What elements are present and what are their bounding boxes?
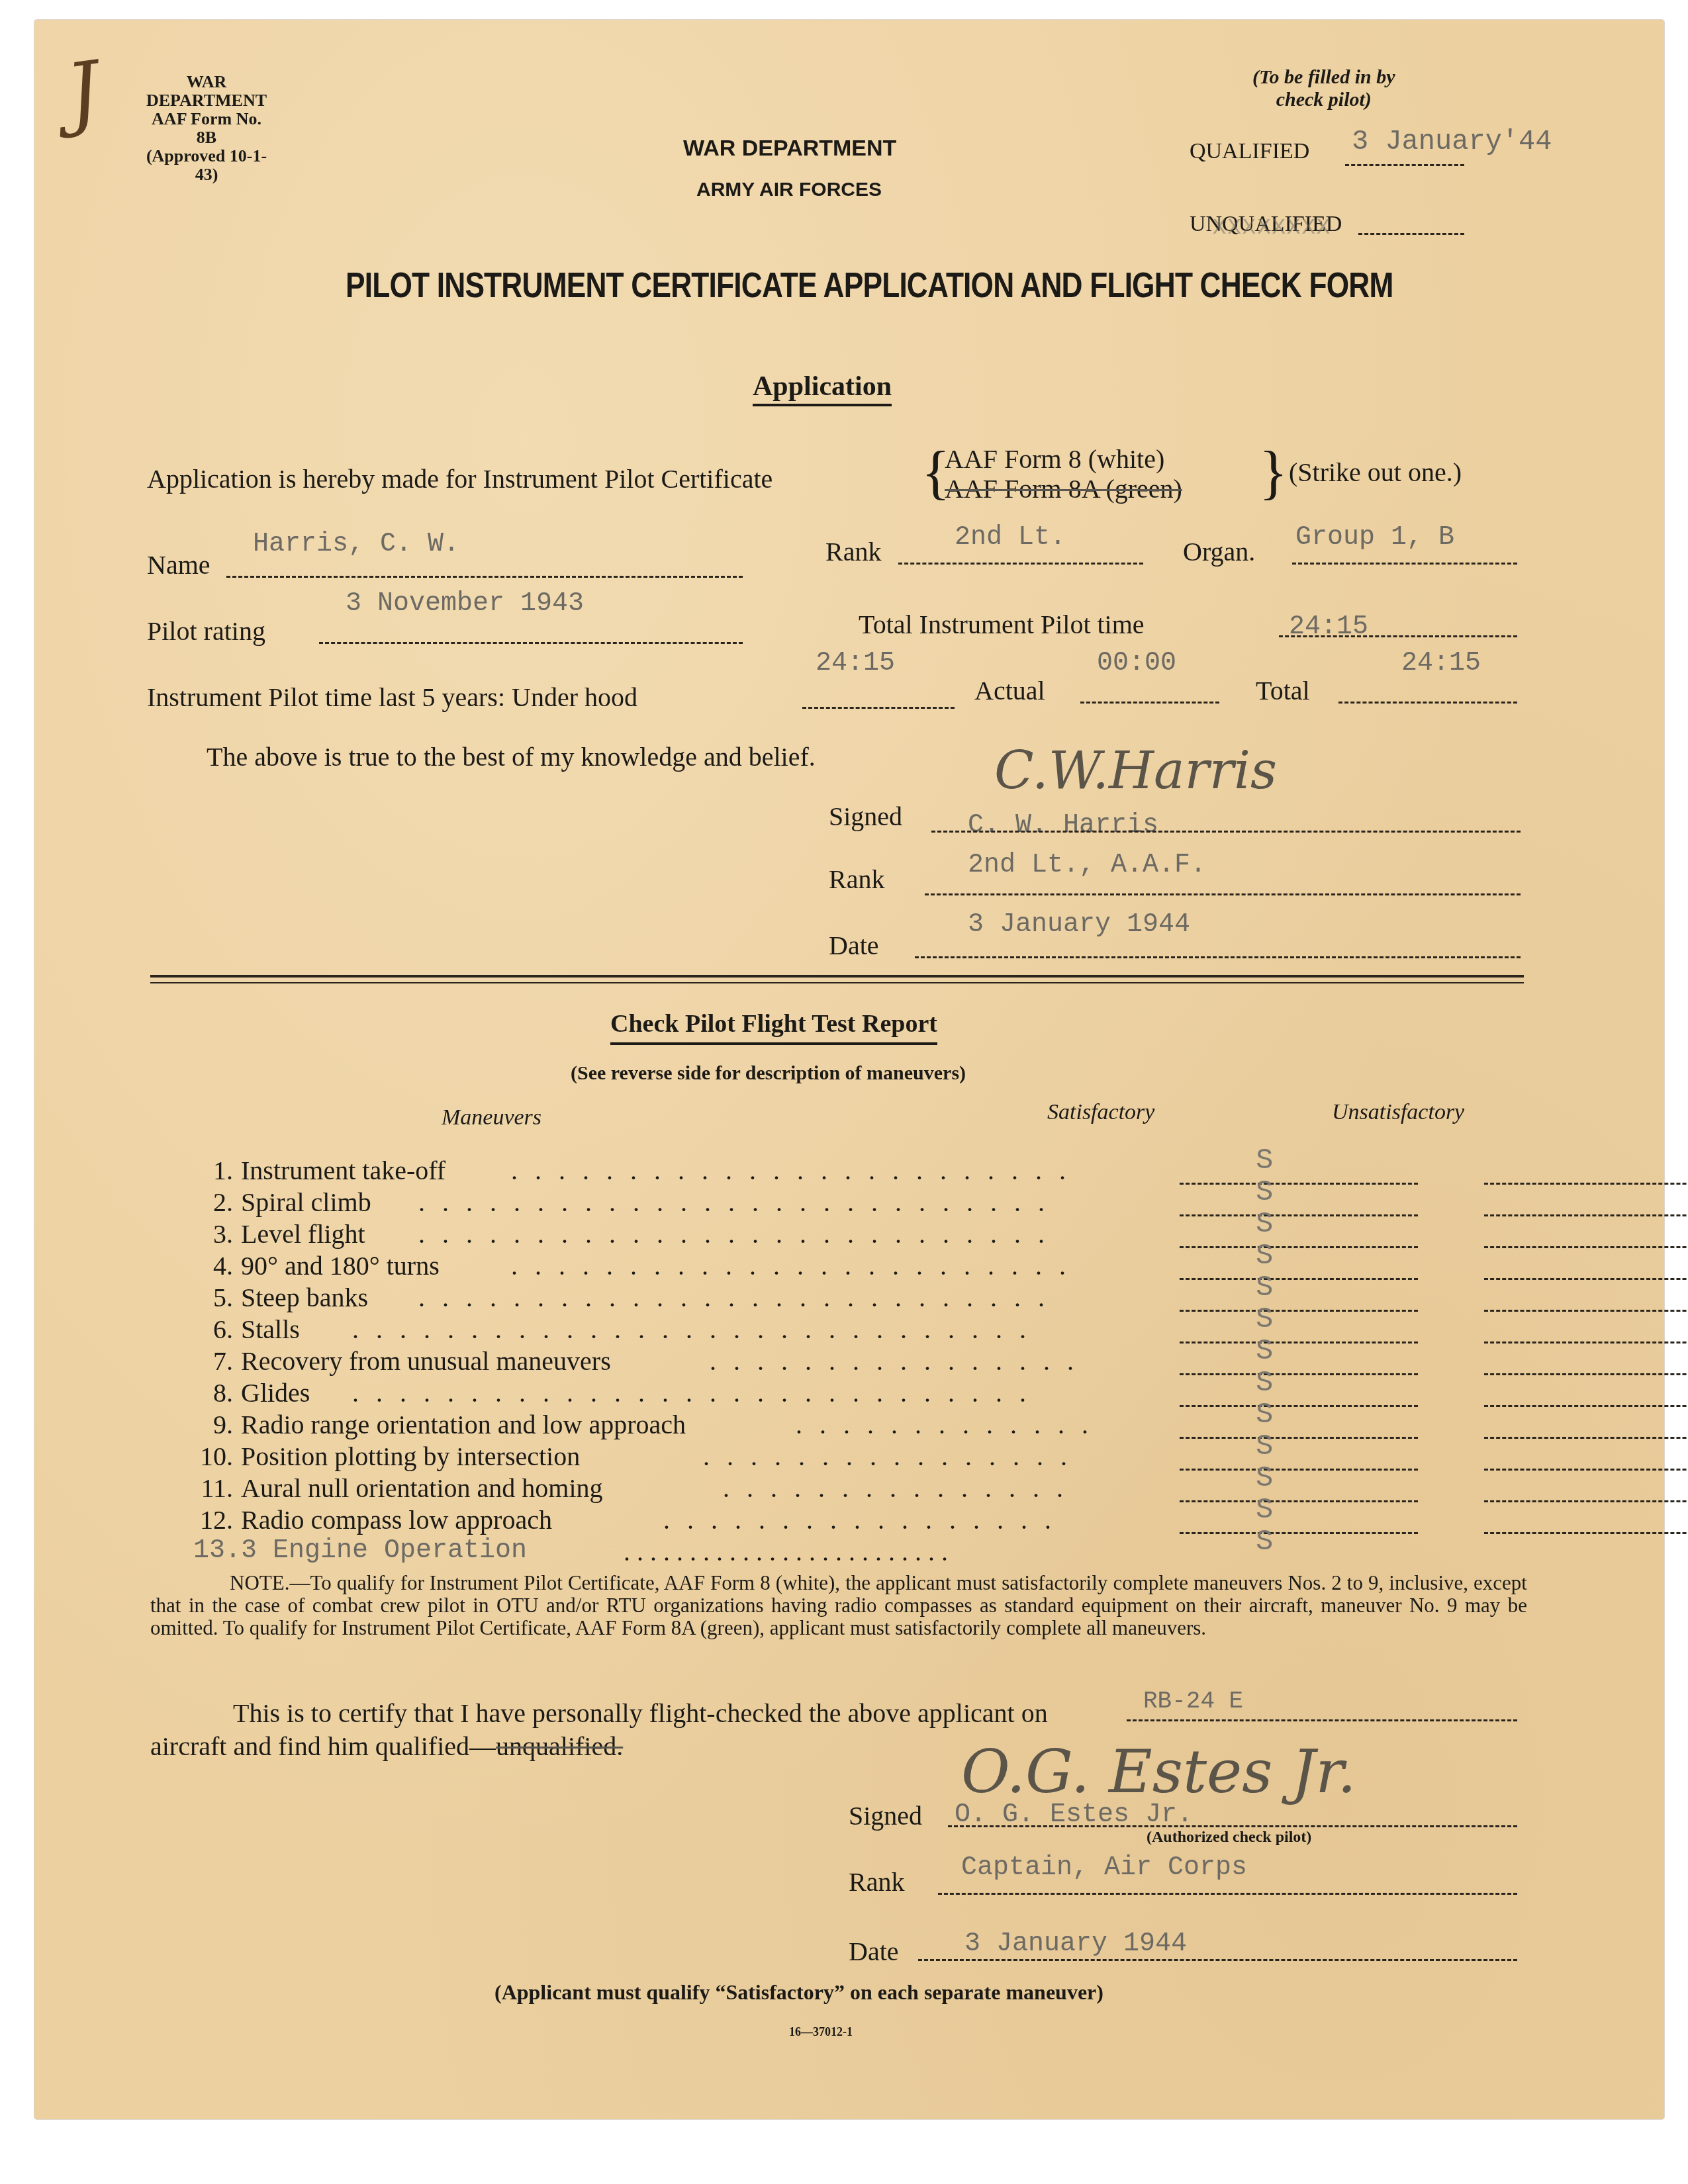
page-title: PILOT INSTRUMENT CERTIFICATE APPLICATION… <box>346 265 1393 306</box>
application-intro: Application is hereby made for Instrumen… <box>147 463 773 494</box>
satisfactory-mark[interactable]: S <box>1256 1462 1273 1495</box>
cert-rank-label: Rank <box>849 1866 904 1897</box>
aircraft-value[interactable]: RB-24 E <box>1143 1688 1243 1715</box>
form-id-block: WAR DEPARTMENT AAF Form No. 8B (Approved… <box>140 73 273 184</box>
signed-line <box>931 831 1521 833</box>
unsatisfactory-line[interactable] <box>1484 1342 1688 1343</box>
option-green-struck[interactable]: AAF Form 8A (green) <box>945 473 1182 504</box>
satisfactory-mark[interactable]: S <box>1256 1303 1273 1336</box>
name-value[interactable]: Harris, C. W. <box>253 529 459 559</box>
pilot-rating-value[interactable]: 3 November 1943 <box>346 589 584 619</box>
satisfactory-mark[interactable]: S <box>1256 1176 1273 1209</box>
pilot-rating-label: Pilot rating <box>147 615 265 647</box>
total-line <box>1338 702 1517 704</box>
aircraft-line <box>1127 1719 1517 1721</box>
maneuver-row: 3. Level flight ........................… <box>200 1218 1570 1251</box>
total-instr-line <box>1279 635 1517 637</box>
certify-line1: This is to certify that I have personall… <box>233 1698 1048 1729</box>
certify-line2: aircraft and find him qualified—unqualif… <box>150 1731 623 1762</box>
application-heading: Application <box>753 371 892 406</box>
strike-note: (Strike out one.) <box>1289 457 1462 488</box>
total-value[interactable]: 24:15 <box>1401 649 1481 678</box>
approved-date: (Approved 10-1-43) <box>140 147 273 184</box>
section-divider-top <box>150 975 1524 978</box>
satisfactory-line <box>1180 1214 1418 1216</box>
rank-value[interactable]: 2nd Lt. <box>955 523 1066 553</box>
organ-line <box>1292 563 1517 565</box>
unsatisfactory-line[interactable] <box>1484 1246 1688 1248</box>
corner-initial-mark: J <box>62 44 106 140</box>
unsatisfactory-line[interactable] <box>1484 1373 1688 1375</box>
unsatisfactory-line[interactable] <box>1484 1310 1688 1312</box>
unsatisfactory-line[interactable] <box>1484 1278 1688 1280</box>
satisfactory-line <box>1180 1532 1418 1534</box>
date-value[interactable]: 3 January 1944 <box>968 910 1190 940</box>
date-line <box>915 956 1521 958</box>
section-divider-bottom <box>150 982 1524 983</box>
attestation-text: The above is true to the best of my know… <box>207 741 816 772</box>
satisfactory-line <box>1180 1437 1418 1439</box>
dept-line: WAR DEPARTMENT <box>140 73 273 110</box>
footer-note: (Applicant must qualify “Satisfactory” o… <box>494 1980 1103 2005</box>
brace-right: } <box>1259 443 1288 503</box>
col-satisfactory: Satisfactory <box>1047 1100 1154 1125</box>
form-number: AAF Form No. 8B <box>140 110 273 147</box>
satisfactory-line <box>1180 1342 1418 1343</box>
unsatisfactory-line[interactable] <box>1484 1532 1688 1534</box>
maneuver-row: 4. 90° and 180° turns ..................… <box>200 1250 1570 1283</box>
satisfactory-line <box>1180 1310 1418 1312</box>
signed-label: Signed <box>829 801 902 832</box>
satisfactory-line <box>1180 1469 1418 1471</box>
rank2-label: Rank <box>829 864 884 895</box>
report-subheading: (See reverse side for description of man… <box>571 1062 966 1085</box>
satisfactory-line <box>1180 1278 1418 1280</box>
cert-date-label: Date <box>849 1936 899 1967</box>
form-paper: J WAR DEPARTMENT AAF Form No. 8B (Approv… <box>34 20 1664 2119</box>
cert-rank-value[interactable]: Captain, Air Corps <box>961 1853 1247 1883</box>
cert-signed-label: Signed <box>849 1800 922 1831</box>
authorized-caption: (Authorized check pilot) <box>1147 1829 1311 1846</box>
form-code: 16—37012-1 <box>789 2025 853 2039</box>
qualified-label: QUALIFIED <box>1190 139 1309 164</box>
actual-line <box>1080 702 1219 704</box>
report-heading: Check Pilot Flight Test Report <box>610 1009 937 1045</box>
col-maneuvers: Maneuvers <box>442 1105 541 1130</box>
signed-value[interactable]: C. W. Harris <box>968 811 1158 841</box>
unqualified-strike: XXXXXXXX <box>1213 216 1331 241</box>
total-instr-value[interactable]: 24:15 <box>1289 612 1368 642</box>
rank-line <box>898 563 1143 565</box>
maneuver-row: 12. Radio compass low approach .........… <box>200 1504 1570 1537</box>
under-hood-line <box>802 707 955 709</box>
satisfactory-mark[interactable]: S <box>1256 1335 1273 1368</box>
qualified-value[interactable]: 3 January'44 <box>1352 126 1552 158</box>
satisfactory-mark[interactable]: S <box>1256 1398 1273 1432</box>
rank-label: Rank <box>825 536 881 567</box>
applicant-signature: C.W.Harris <box>994 741 1277 801</box>
satisfactory-line <box>1180 1246 1418 1248</box>
qualified-line <box>1345 164 1464 166</box>
unqualified-line <box>1358 233 1464 235</box>
organ-value[interactable]: Group 1, B <box>1295 523 1454 553</box>
last5-label: Instrument Pilot time last 5 years: Unde… <box>147 682 637 713</box>
total-instr-label: Total Instrument Pilot time <box>859 609 1145 640</box>
qualification-note: NOTE.—To qualify for Instrument Pilot Ce… <box>150 1572 1527 1639</box>
cert-rank-line <box>938 1893 1517 1895</box>
maneuver-row: 2. Spiral climb ........................… <box>200 1187 1570 1220</box>
satisfactory-mark[interactable]: S <box>1256 1208 1273 1241</box>
maneuver-row: 6. Stalls ............................. … <box>200 1314 1570 1347</box>
name-line <box>226 576 743 578</box>
unsatisfactory-line[interactable] <box>1484 1405 1688 1407</box>
check-pilot-note: (To be filled in by check pilot) <box>1252 66 1395 111</box>
satisfactory-mark[interactable]: S <box>1256 1240 1273 1273</box>
under-hood-value[interactable]: 24:15 <box>816 649 895 678</box>
satisfactory-mark[interactable]: S <box>1256 1367 1273 1400</box>
col-unsatisfactory: Unsatisfactory <box>1332 1100 1464 1125</box>
pilot-rating-line <box>319 642 743 644</box>
satisfactory-mark[interactable]: S <box>1256 1430 1273 1463</box>
rank2-value[interactable]: 2nd Lt., A.A.F. <box>968 850 1206 880</box>
unsatisfactory-line[interactable] <box>1484 1183 1688 1185</box>
satisfactory-mark[interactable]: S <box>1256 1271 1273 1304</box>
maneuver-row: 8. Glides ............................. … <box>200 1377 1570 1410</box>
name-label: Name <box>147 549 211 580</box>
cert-signed-line <box>948 1825 1517 1827</box>
option-white[interactable]: AAF Form 8 (white) <box>945 443 1164 475</box>
maneuver-row: 1. Instrument take-off .................… <box>200 1155 1570 1188</box>
cert-date-value[interactable]: 3 January 1944 <box>964 1929 1187 1959</box>
center-dept: WAR DEPARTMENT <box>683 136 896 161</box>
maneuver-row: 9. Radio range orientation and low appro… <box>200 1409 1570 1442</box>
satisfactory-mark[interactable]: S <box>1256 1525 1273 1559</box>
unsatisfactory-line[interactable] <box>1484 1214 1688 1216</box>
maneuver-row: 10. Position plotting by intersection ..… <box>200 1441 1570 1474</box>
satisfactory-line <box>1180 1405 1418 1407</box>
check-pilot-signature: O.G. Estes Jr. <box>961 1737 1356 1807</box>
actual-label: Actual <box>974 675 1045 706</box>
satisfactory-mark[interactable]: S <box>1256 1144 1273 1177</box>
cert-date-line <box>918 1959 1517 1961</box>
satisfactory-line <box>1180 1373 1418 1375</box>
satisfactory-line <box>1180 1500 1418 1502</box>
center-branch: ARMY AIR FORCES <box>696 179 882 201</box>
organ-label: Organ. <box>1183 536 1255 567</box>
maneuver-row-typed: 13. 3 Engine Operation .................… <box>200 1536 1570 1569</box>
date-label: Date <box>829 930 879 961</box>
maneuver-row: 11. Aural null orientation and homing ..… <box>200 1473 1570 1506</box>
satisfactory-line <box>1180 1183 1418 1185</box>
maneuver-row: 7. Recovery from unusual maneuvers .....… <box>200 1345 1570 1379</box>
unsatisfactory-line[interactable] <box>1484 1500 1688 1502</box>
unqualified-struck: unqualified. <box>496 1731 623 1761</box>
actual-value[interactable]: 00:00 <box>1097 649 1176 678</box>
total-label: Total <box>1256 675 1310 706</box>
unsatisfactory-line[interactable] <box>1484 1437 1688 1439</box>
satisfactory-mark[interactable]: S <box>1256 1494 1273 1527</box>
maneuver-row: 5. Steep banks .........................… <box>200 1282 1570 1315</box>
unsatisfactory-line[interactable] <box>1484 1469 1688 1471</box>
rank2-line <box>925 893 1521 895</box>
